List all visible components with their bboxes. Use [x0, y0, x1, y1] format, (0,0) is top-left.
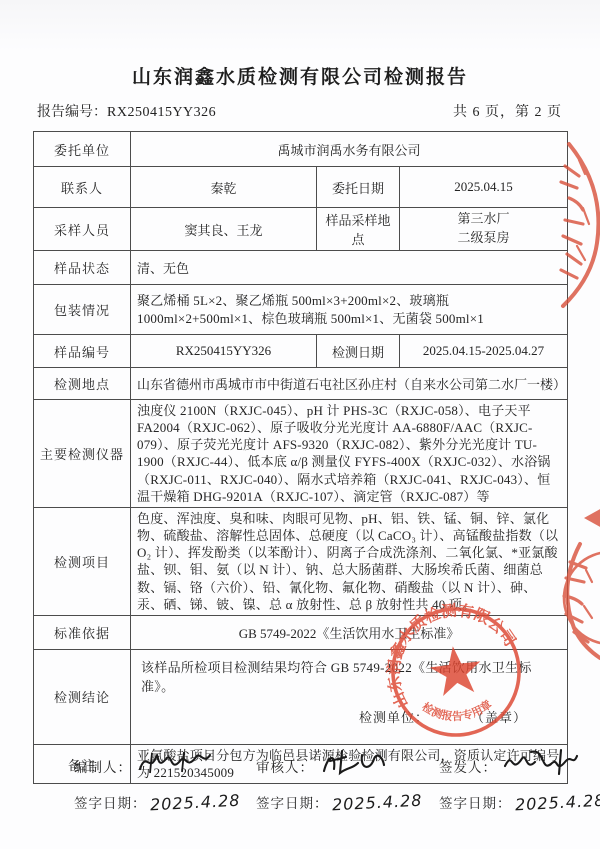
- report-meta-line: 报告编号：RX250415YY326 共 6 页，第 2 页: [37, 101, 562, 121]
- row-label: 检测地点: [34, 368, 131, 400]
- report-page: 山东润鑫水质检测有限公司检测报告 报告编号：RX250415YY326 共 6 …: [0, 0, 600, 849]
- preparer-column: 编制人： 签字日期： 2025.4.28: [74, 748, 240, 820]
- packaging-value: 聚乙烯桶 5L×2、聚乙烯瓶 500ml×3+200ml×2、玻璃瓶 1000m…: [131, 285, 568, 335]
- reviewer-label: 审核人：: [256, 756, 314, 776]
- pagination: 共 6 页，第 2 页: [453, 101, 562, 121]
- preparer-signature: [136, 747, 214, 777]
- table-row: 包装情况 聚乙烯桶 5L×2、聚乙烯瓶 500ml×3+200ml×2、玻璃瓶 …: [34, 285, 568, 335]
- row-label: 联系人: [34, 167, 131, 208]
- standard-value: GB 5749-2022《生活饮用水卫生标准》: [131, 615, 568, 649]
- table-row: 检测结论 该样品所检项目检测结果均符合 GB 5749-2022《生活饮用水卫生…: [34, 649, 568, 744]
- row-label: 检测结论: [34, 649, 131, 744]
- samplers-value: 窦其良、王龙: [131, 208, 317, 251]
- test-location-value: 山东省德州市禹城市市中街道石屯社区孙庄村（自来水公司第二水厂一楼）: [131, 368, 568, 400]
- conclusion-cell: 该样品所检项目检测结果均符合 GB 5749-2022《生活饮用水卫生标准》。 …: [131, 649, 568, 744]
- report-no: RX250415YY326: [107, 105, 216, 120]
- table-row: 样品状态 清、无色: [34, 251, 568, 285]
- preparer-date: 2025.4.28: [149, 790, 240, 814]
- table-row: 联系人 秦乾 委托日期 2025.04.15: [34, 167, 568, 208]
- instruments-value: 浊度仪 2100N（RXJC-045）、pH 计 PHS-3C（RXJC-058…: [131, 400, 568, 508]
- seal-hint: （盖章）: [471, 710, 527, 725]
- preparer-date-label: 签字日期：: [74, 792, 147, 812]
- sampling-site-value: 第三水厂 二级泵房: [400, 208, 568, 251]
- table-row: 委托单位 禹城市润禹水务有限公司: [34, 132, 568, 167]
- issuer-column: 签发人： 签字日期： 2025.4.28: [439, 748, 600, 820]
- row-label: 主要检测仪器: [34, 400, 131, 508]
- row-label: 包装情况: [34, 285, 131, 335]
- row-label: 委托单位: [34, 132, 131, 167]
- test-date-value: 2025.04.15-2025.04.27: [400, 335, 568, 368]
- preparer-label: 编制人：: [74, 756, 132, 776]
- reviewer-date-label: 签字日期：: [256, 792, 329, 812]
- row-label: 样品状态: [34, 251, 131, 285]
- test-items-value: 色度、浑浊度、臭和味、肉眼可见物、pH、铝、铁、锰、铜、锌、氯化物、硫酸盐、溶解…: [131, 507, 568, 615]
- sample-state-value: 清、无色: [131, 251, 568, 285]
- issuer-signature: [501, 746, 581, 778]
- reviewer-column: 审核人： 签字日期： 2025.4.28: [256, 748, 422, 820]
- contact-value: 秦乾: [131, 167, 317, 208]
- row-label: 标准依据: [34, 615, 131, 649]
- issuer-date-label: 签字日期：: [439, 792, 512, 812]
- testing-unit-label: 检测单位：: [359, 710, 429, 725]
- testing-unit-line: 检测单位：（盖章）: [359, 707, 527, 726]
- issuer-date: 2025.4.28: [514, 790, 600, 814]
- table-row: 标准依据 GB 5749-2022《生活饮用水卫生标准》: [34, 615, 568, 649]
- conclusion-text: 该样品所检项目检测结果均符合 GB 5749-2022《生活饮用水卫生标准》。: [141, 658, 557, 697]
- table-row: 主要检测仪器 浊度仪 2100N（RXJC-045）、pH 计 PHS-3C（R…: [34, 400, 568, 508]
- reviewer-date: 2025.4.28: [331, 790, 422, 814]
- table-row: 检测地点 山东省德州市禹城市市中街道石屯社区孙庄村（自来水公司第二水厂一楼）: [34, 368, 568, 400]
- report-no-label: 报告编号：: [37, 105, 107, 120]
- signature-block: 编制人： 签字日期： 2025.4.28 审核人： 签字日期： 2025.4.: [0, 748, 600, 828]
- issuer-label: 签发人：: [439, 756, 497, 776]
- row-label: 检测项目: [34, 507, 131, 615]
- row-label: 样品编号: [34, 335, 131, 368]
- row-label: 委托日期: [317, 167, 400, 208]
- sample-no-value: RX250415YY326: [131, 335, 317, 368]
- table-row: 采样人员 窦其良、王龙 样品采样地点 第三水厂 二级泵房: [34, 208, 568, 251]
- table-row: 样品编号 RX250415YY326 检测日期 2025.04.15-2025.…: [34, 335, 568, 368]
- page-title: 山东润鑫水质检测有限公司检测报告: [0, 62, 600, 89]
- reviewer-signature: [318, 747, 390, 777]
- report-table: 委托单位 禹城市润禹水务有限公司 联系人 秦乾 委托日期 2025.04.15 …: [33, 131, 568, 784]
- row-label: 检测日期: [317, 335, 400, 368]
- client-value: 禹城市润禹水务有限公司: [131, 132, 568, 167]
- row-label: 采样人员: [34, 208, 131, 251]
- commission-date-value: 2025.04.15: [400, 167, 568, 208]
- table-row: 检测项目 色度、浑浊度、臭和味、肉眼可见物、pH、铝、铁、锰、铜、锌、氯化物、硫…: [34, 507, 568, 615]
- row-label: 样品采样地点: [317, 208, 400, 251]
